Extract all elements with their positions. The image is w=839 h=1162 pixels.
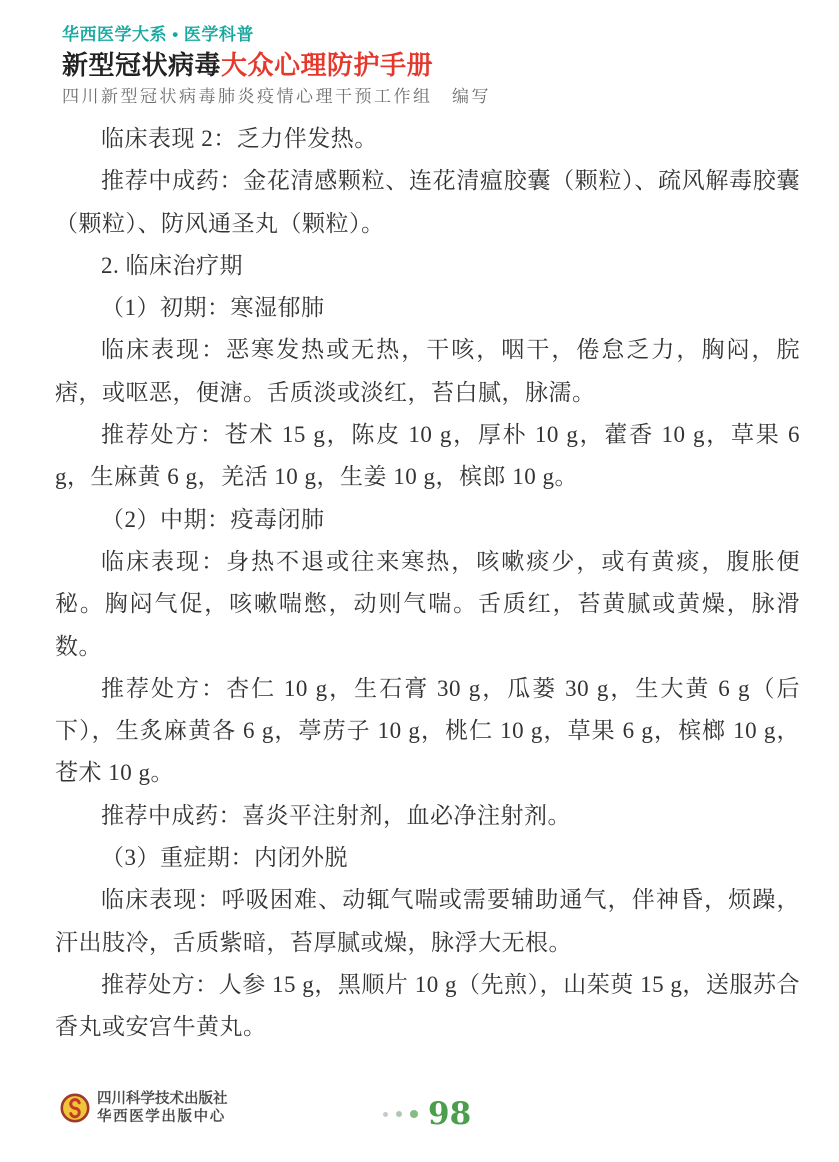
page-number: 98 xyxy=(428,1096,471,1132)
page-number-group: 98 xyxy=(383,1096,471,1132)
page-header: 华西医学大系 • 医学科普 新型冠状病毒大众心理防护手册 四川新型冠状病毒肺炎疫… xyxy=(62,24,491,107)
book-title: 新型冠状病毒大众心理防护手册 xyxy=(62,50,491,80)
series-title: 华西医学大系 • 医学科普 xyxy=(62,24,491,45)
paragraph-recommended-patent-medicine-1: 推荐中成药：金花清感颗粒、连花清瘟胶囊（颗粒）、疏风解毒胶囊（颗粒）、防风通圣丸… xyxy=(55,160,800,245)
book-title-black-part: 新型冠状病毒 xyxy=(62,50,221,80)
ellipsis-dot-icon xyxy=(410,1110,418,1118)
paragraph-clinical-sign-2: 临床表现 2：乏力伴发热。 xyxy=(55,118,800,160)
book-title-red-part: 大众心理防护手册 xyxy=(221,50,433,80)
heading-middle-stage: （2）中期：疫毒闭肺 xyxy=(55,499,800,541)
heading-clinical-treatment-period: 2. 临床治疗期 xyxy=(55,245,800,287)
heading-early-stage: （1）初期：寒湿郁肺 xyxy=(55,287,800,329)
paragraph-severe-stage-prescription: 推荐处方：人参 15 g，黑顺片 10 g（先煎），山茱萸 15 g，送服苏合香… xyxy=(55,964,800,1049)
publisher-name: 四川科学技术出版社 华西医学出版中心 xyxy=(97,1090,228,1126)
ellipsis-dot-icon xyxy=(396,1111,402,1117)
publisher-line1: 四川科学技术出版社 xyxy=(97,1090,228,1108)
paragraph-middle-stage-signs: 临床表现：身热不退或往来寒热，咳嗽痰少，或有黄痰，腹胀便秘。胸闷气促，咳嗽喘憋，… xyxy=(55,541,800,668)
publisher-logo-icon xyxy=(60,1093,90,1123)
paragraph-severe-stage-signs: 临床表现：呼吸困难、动辄气喘或需要辅助通气，伴神昏，烦躁，汗出肢冷，舌质紫暗，苔… xyxy=(55,879,800,964)
ellipsis-dot-icon xyxy=(383,1112,388,1117)
author-credit-line: 四川新型冠状病毒肺炎疫情心理干预工作组 编写 xyxy=(62,87,491,107)
publisher-block: 四川科学技术出版社 华西医学出版中心 xyxy=(60,1090,228,1126)
paragraph-recommended-patent-medicine-2: 推荐中成药：喜炎平注射剂，血必净注射剂。 xyxy=(55,795,800,837)
book-page: 华西医学大系 • 医学科普 新型冠状病毒大众心理防护手册 四川新型冠状病毒肺炎疫… xyxy=(0,0,839,1162)
publisher-line2: 华西医学出版中心 xyxy=(97,1108,228,1126)
paragraph-middle-stage-prescription: 推荐处方：杏仁 10 g，生石膏 30 g，瓜蒌 30 g，生大黄 6 g（后下… xyxy=(55,668,800,795)
paragraph-early-stage-signs: 临床表现：恶寒发热或无热，干咳，咽干，倦怠乏力，胸闷，脘痞，或呕恶，便溏。舌质淡… xyxy=(55,329,800,414)
page-body: 临床表现 2：乏力伴发热。 推荐中成药：金花清感颗粒、连花清瘟胶囊（颗粒）、疏风… xyxy=(55,118,800,1049)
paragraph-early-stage-prescription: 推荐处方：苍术 15 g，陈皮 10 g，厚朴 10 g，藿香 10 g，草果 … xyxy=(55,414,800,499)
heading-severe-stage: （3）重症期：内闭外脱 xyxy=(55,837,800,879)
